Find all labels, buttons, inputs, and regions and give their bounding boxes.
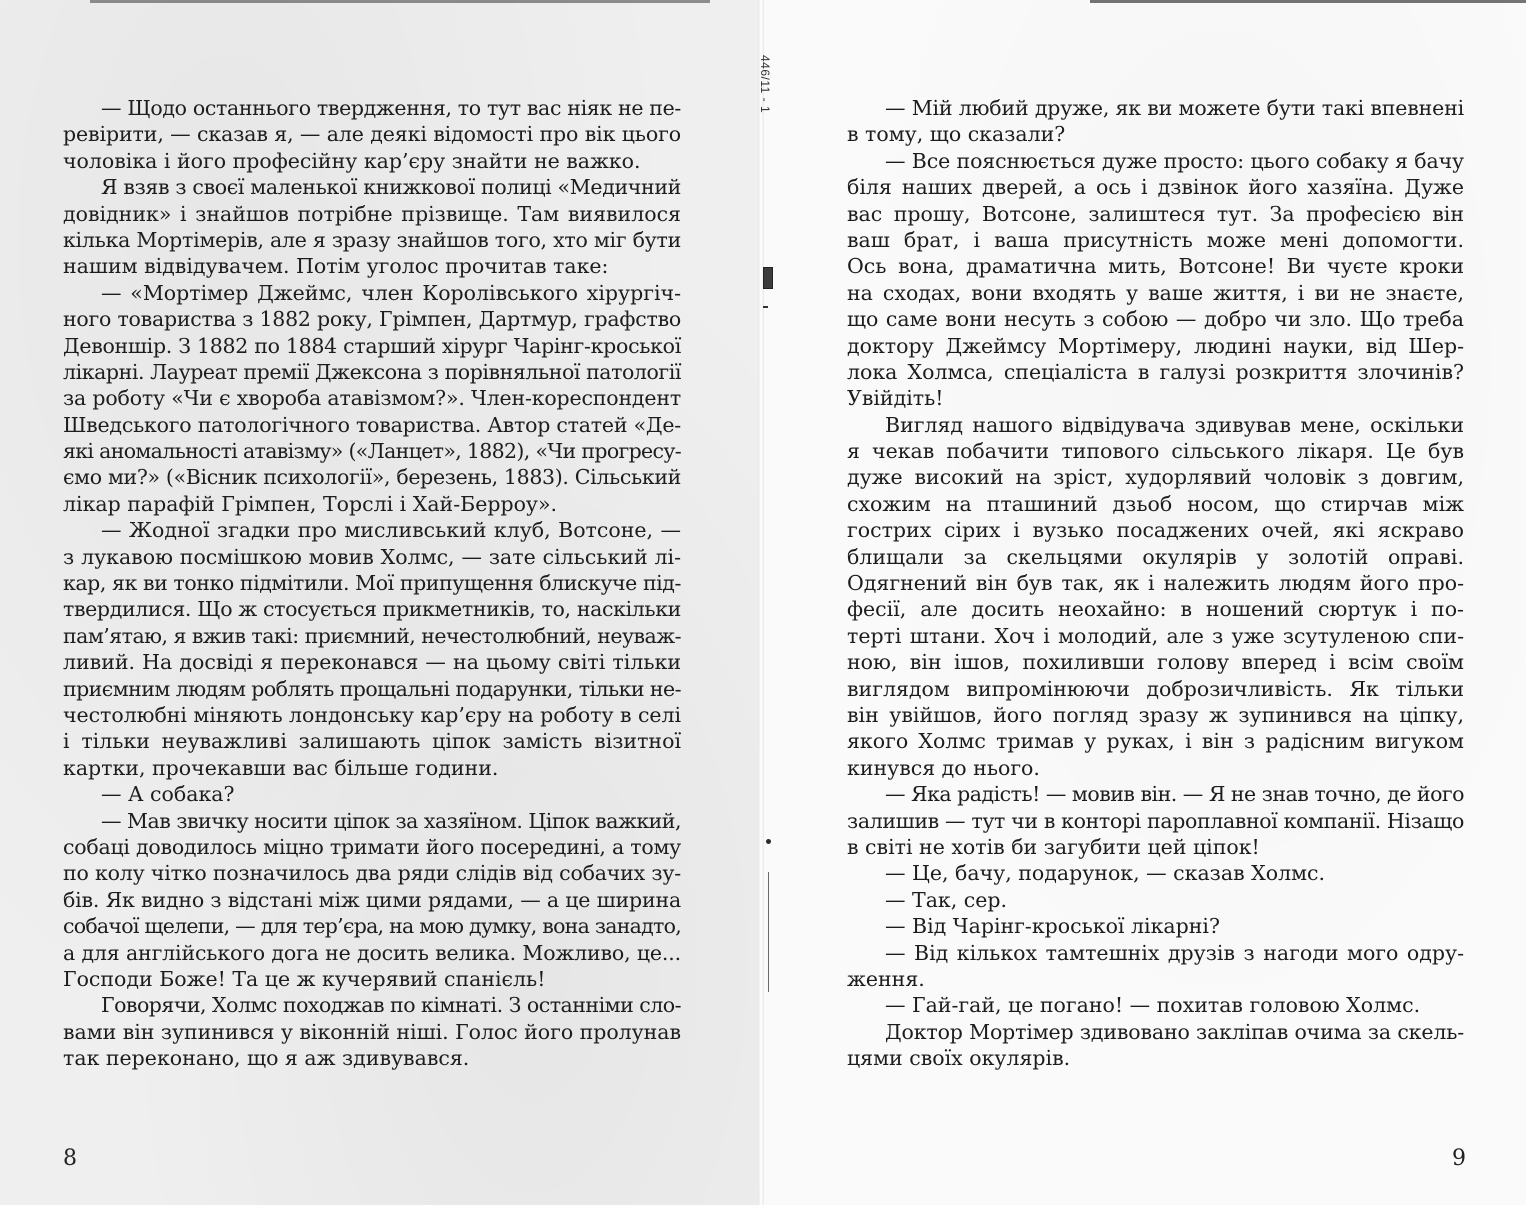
text-line: біля наших дверей, а ось і дзвінок його … [847,174,1464,200]
text-line: Я взяв з своєї маленької книжкової полиц… [63,174,681,200]
text-line: Доктор Мортімер здивовано закліпав очима… [847,1019,1464,1045]
scan-top-edge-left [90,0,710,3]
text-line: ного товариства з 1882 року, Грімпен, Да… [63,306,681,332]
text-line: кар, як ви тонко підмітили. Мої припущен… [63,570,681,596]
page-number-left: 8 [63,1146,77,1171]
text-line: залишив — тут чи в конторі пароплавної к… [847,808,1464,834]
text-line: а для англійського дога не досить велика… [63,940,681,966]
text-line: за роботу «Чи є хвороба атавізмом?». Чле… [63,385,681,411]
text-line: Одягнений він був так, як і належить люд… [847,570,1464,596]
text-line: пам’ятаю, я вжив такі: приємний, нечесто… [63,623,681,649]
gutter-binding-line [768,872,769,992]
text-line: ною, він ішов, похиливши голову вперед і… [847,649,1464,675]
book-gutter [758,0,764,1205]
text-line: — Так, сер. [847,887,1464,913]
text-line: — Від кількох тамтешніх друзів з нагоди … [847,940,1464,966]
text-line: — Все пояснюється дуже просто: цього соб… [847,148,1464,174]
text-line: виглядом випромінюючи доброзичливість. Я… [847,676,1464,702]
text-line: — А собака? [63,781,681,807]
text-line: — Гай-гай, це погано! — похитав головою … [847,992,1464,1018]
page-number-right: 9 [1452,1146,1466,1171]
text-line: довідник» і знайшов потрібне прізвище. Т… [63,201,681,227]
text-line: і тільки неуважливі залишають ціпок замі… [63,728,681,754]
text-line: з лукавою посмішкою мовив Холмс, — зате … [63,544,681,570]
text-line: я чекав побачити типового сільського лік… [847,438,1464,464]
text-line: — Від Чарінг-кроської лікарні? [847,913,1464,939]
left-page-body: — Щодо останнього твердження, то тут вас… [63,95,681,1071]
text-line: Девоншір. З 1882 по 1884 старший хірург … [63,333,681,359]
text-line: чоловіка і його професійну кар’єру знайт… [63,148,681,174]
text-line: він увійшов, його погляд зразу ж зупинив… [847,702,1464,728]
text-line: — Яка радість! — мовив він. — Я не знав … [847,781,1464,807]
gutter-mark [763,267,773,289]
text-line: доктору Джеймсу Мортімеру, людині науки,… [847,333,1464,359]
gutter-tick [763,306,768,308]
scan-top-edge-right [1090,0,1526,3]
text-line: що саме вони несуть з собою — добро чи з… [847,306,1464,332]
text-line: лікар парафій Грімпен, Торслі і Хай-Берр… [63,491,681,517]
text-line: терті штани. Хоч і молодий, але з уже зс… [847,623,1464,649]
text-line: фесії, але досить неохайно: в ношений сю… [847,596,1464,622]
gutter-dot [766,839,771,844]
right-page: — Мій любий друже, як ви можете бути так… [762,0,1526,1205]
text-line: собачої щелепи, — для тер’єра, на мою ду… [63,913,681,939]
text-line: Господи Боже! Та це ж кучерявий спанієль… [63,966,681,992]
text-line: якого Холмс тримав у руках, і він з раді… [847,728,1464,754]
text-line: — Жодної згадки про мисливський клуб, Во… [63,517,681,543]
text-line: ємо ми?» («Вісник психології», березень,… [63,464,681,490]
text-line: приємним людям роблять прощальні подарун… [63,676,681,702]
text-line: так переконано, що я аж здивувався. [63,1045,681,1071]
text-line: цями своїх окулярів. [847,1045,1464,1071]
text-line: дуже високий на зріст, худорлявий чолові… [847,464,1464,490]
text-line: — «Мортімер Джеймс, член Королівського х… [63,280,681,306]
text-line: лікарні. Лауреат премії Джексона з порів… [63,359,681,385]
text-line: схожим на пташиний дзьоб носом, що стирч… [847,491,1464,517]
text-line: кинувся до нього. [847,755,1464,781]
text-line: Вигляд нашого відвідувача здивував мене,… [847,412,1464,438]
text-line: ваш брат, і ваша присутність може мені д… [847,227,1464,253]
text-line: лока Холмса, спеціаліста в галузі розкри… [847,359,1464,385]
text-line: — Щодо останнього твердження, то тут вас… [63,95,681,121]
text-line: бів. Як видно з відстані між цими рядами… [63,887,681,913]
text-line: вас прошу, Вотсоне, залиштеся тут. За пр… [847,201,1464,227]
text-line: Шведського патологічного товариства. Авт… [63,412,681,438]
text-line: в тому, що сказали? [847,121,1464,147]
text-line: собаці доводилось міцно тримати його пос… [63,834,681,860]
book-spread: — Щодо останнього твердження, то тут вас… [0,0,1526,1205]
library-stamp: 446/11 - 1 [758,55,772,113]
text-line: на сходах, вони входять у ваше життя, і … [847,280,1464,306]
left-page: — Щодо останнього твердження, то тут вас… [0,0,760,1205]
text-line: — Це, бачу, подарунок, — сказав Холмс. [847,860,1464,886]
text-line: картки, прочекавши вас більше години. [63,755,681,781]
right-page-body: — Мій любий друже, як ви можете бути так… [847,95,1464,1071]
text-line: в світі не хотів би загубити цей ціпок! [847,834,1464,860]
text-line: вами він зупинився у віконній ніші. Голо… [63,1019,681,1045]
text-line: нашим відвідувачем. Потім уголос прочита… [63,253,681,279]
text-line: по колу чітко позначилось два ряди сліді… [63,860,681,886]
text-line: гострих сірих і вузько посаджених очей, … [847,517,1464,543]
text-line: — Мій любий друже, як ви можете бути так… [847,95,1464,121]
text-line: кілька Мортімерів, але я зразу знайшов т… [63,227,681,253]
text-line: ревірити, — сказав я, — але деякі відомо… [63,121,681,147]
text-line: які аномальності атавізму» («Ланцет», 18… [63,438,681,464]
text-line: Ось вона, драматична мить, Вотсоне! Ви ч… [847,253,1464,279]
text-line: ження. [847,966,1464,992]
text-line: ливий. На досвіді я переконався — на цьо… [63,649,681,675]
text-line: Говорячи, Холмс походжав по кімнаті. З о… [63,992,681,1018]
text-line: твердилися. Що ж стосується прикметників… [63,596,681,622]
text-line: Увійдіть! [847,385,1464,411]
text-line: блищали за скельцями окулярів у золотій … [847,544,1464,570]
text-line: — Мав звичку носити ціпок за хазяїном. Ц… [63,808,681,834]
text-line: честолюбні міняють лондонську кар’єру на… [63,702,681,728]
